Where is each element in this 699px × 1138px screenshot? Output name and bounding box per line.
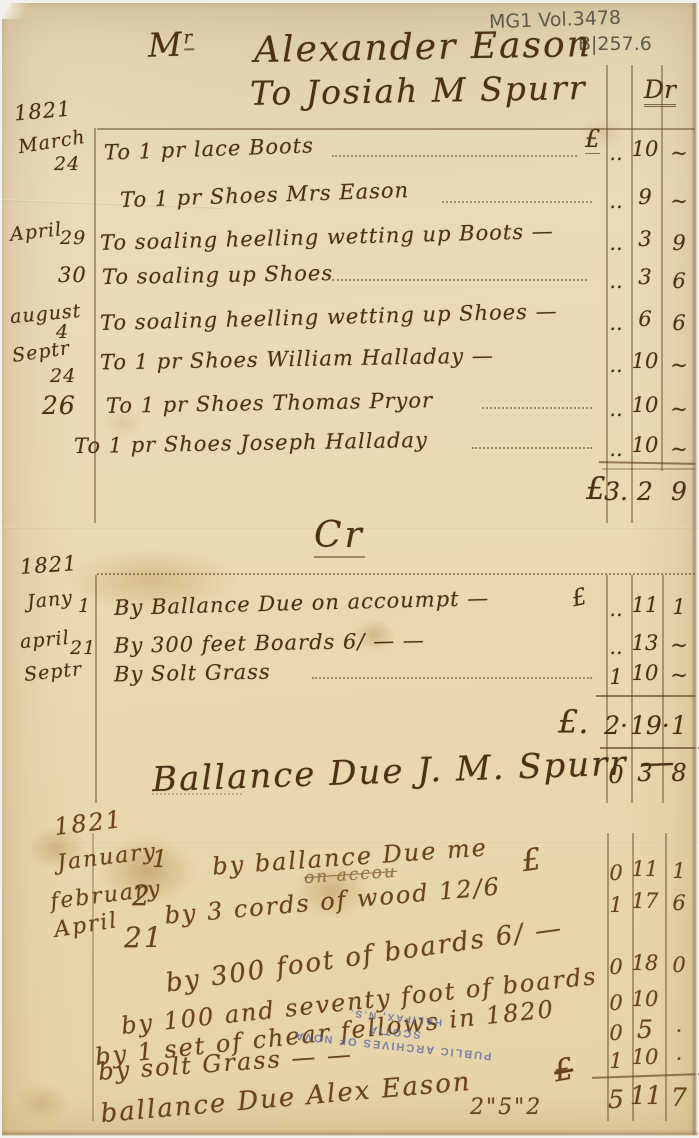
amount-pounds: ..: [603, 397, 629, 421]
entry-date: April: [9, 218, 63, 245]
amount-pounds: ..: [603, 189, 629, 213]
dotted-leader: [472, 447, 592, 449]
amount-pounds: ..: [603, 311, 629, 335]
balance-due-spurr: Ballance Due J. M. Spurr —: [151, 742, 677, 800]
amount-pounds: 1: [603, 1049, 629, 1073]
sum-rule: [599, 461, 697, 464]
credit-year: 1821: [19, 551, 78, 579]
total-currency: £.: [558, 703, 589, 741]
entry-desc: To soaling up Shoes: [102, 261, 334, 289]
amount-pounds: ..: [603, 231, 629, 255]
dotted-leader: [332, 155, 577, 157]
amount-shillings: 10: [630, 433, 660, 457]
paper-bottom-edge: [2, 1130, 698, 1136]
total-pounds: 2·: [603, 711, 629, 740]
entry-desc: To 1 pr lace Boots: [104, 133, 315, 164]
sum-rule: [596, 695, 698, 697]
dotted-leader: [442, 201, 592, 203]
entry-desc: By 300 feet Boards 6/ — —: [114, 628, 425, 657]
amount-pounds: ..: [603, 437, 629, 461]
entry-day: 29: [60, 227, 86, 249]
entry-day: 24: [54, 153, 80, 175]
entry-day: 26: [42, 391, 76, 420]
amount-pounds: ..: [603, 141, 629, 165]
amount-pounds: 0: [603, 1021, 629, 1045]
entry-date: Septr: [23, 658, 83, 686]
date-column-rule: [95, 575, 97, 803]
header-debtor-name: Alexander Eason: [254, 24, 593, 71]
fragment-rule: [152, 793, 242, 795]
amount-pounds: ..: [603, 597, 629, 621]
amount-shillings: 10: [630, 1045, 660, 1069]
paper-sheet: MG1 Vol.3478 B|257.6 Mr Alexander Eason …: [2, 3, 698, 1136]
entry-date: august: [9, 300, 82, 328]
currency-symbol: £: [569, 584, 589, 612]
amount-shillings: 10: [630, 987, 660, 1011]
scanned-ledger-page: MG1 Vol.3478 B|257.6 Mr Alexander Eason …: [0, 0, 699, 1138]
date-column-rule: [92, 833, 94, 1121]
salutation-sup: r: [183, 27, 194, 50]
entry-day: 2: [132, 879, 152, 912]
header-to-line: To Josiah M Spurr: [250, 68, 587, 113]
amount-shillings: 6: [630, 307, 660, 331]
entry-date: april: [19, 627, 70, 653]
entry-desc: To 1 pr Shoes Mrs Eason: [120, 178, 410, 212]
sum-rule: [602, 468, 697, 470]
amount-shillings: 3: [630, 227, 660, 251]
entry-day: 30: [58, 263, 87, 287]
amount-shillings: 3: [630, 265, 660, 289]
total-pounds: 3.: [603, 477, 629, 506]
entry-desc: By Solt Grass: [114, 660, 271, 687]
amount-pounds: 0: [603, 991, 629, 1015]
amount-pounds: ..: [603, 353, 629, 377]
final-balance-amount: 2"5"2: [470, 1095, 542, 1120]
entry-desc: To 1 pr Shoes Thomas Pryor: [106, 388, 433, 418]
entry-desc: By Ballance Due on accoumpt —: [114, 586, 490, 620]
entry-desc: To 1 pr Shoes William Halladay —: [100, 344, 494, 375]
dotted-leader: [482, 407, 592, 409]
amount-pounds: 0: [603, 861, 629, 885]
header-dr-abbrev: Dr: [644, 75, 676, 107]
amount-shillings: 5: [630, 1015, 660, 1044]
amount-shillings: 11: [630, 593, 660, 617]
entry-day: 21: [124, 921, 164, 954]
amount-shillings: 18: [630, 951, 660, 975]
dotted-leader: [312, 677, 592, 679]
currency-symbol: £: [551, 1052, 576, 1090]
amount-pounds: 1: [603, 665, 629, 689]
entry-day: 1: [78, 595, 91, 617]
amount-shillings: 10: [630, 393, 660, 417]
paper-corner: [2, 3, 62, 19]
entry-desc: To 1 pr Shoes Joseph Halladay: [74, 428, 428, 458]
date-column-rule: [94, 128, 96, 523]
entry-day: 21: [70, 637, 96, 659]
entry-date: Jany: [26, 587, 74, 614]
amount-shillings: 10: [630, 349, 660, 373]
amount-pounds: 1: [603, 893, 629, 917]
amount-shillings: 11: [630, 857, 660, 881]
total-shillings: 2: [630, 477, 660, 506]
entry-day: 1: [152, 845, 169, 873]
amount-pounds: 0: [603, 955, 629, 979]
amount-shillings: 10: [630, 661, 660, 685]
settlement-year: 1821: [53, 805, 125, 841]
currency-symbol: £: [520, 842, 544, 879]
amount-shillings: 17: [630, 889, 660, 913]
dotted-leader: [332, 279, 587, 281]
total-shillings: 19·: [630, 711, 660, 740]
amount-pounds: ..: [603, 269, 629, 293]
paper-right-edge: [691, 3, 698, 1136]
entry-desc: To soaling heelling wetting up Shoes —: [100, 299, 558, 335]
entry-date: Septr: [11, 337, 72, 367]
balance-shillings: 3: [630, 759, 660, 787]
amount-shillings: 13: [630, 631, 660, 655]
entry-desc: To soaling heelling wetting up Boots —: [100, 219, 554, 255]
amount-shillings: 9: [630, 185, 660, 209]
debit-year: 1821: [13, 97, 72, 126]
final-pounds: 5: [603, 1085, 629, 1114]
currency-symbol: £: [585, 125, 600, 154]
credit-heading: Cr: [314, 515, 365, 558]
amount-pounds: ..: [603, 635, 629, 659]
amount-shillings: 10: [630, 137, 660, 161]
salutation-m: M: [147, 25, 184, 65]
final-shillings: 11: [630, 1081, 660, 1110]
entry-date: January: [56, 839, 159, 876]
balance-pounds: 0: [603, 761, 629, 789]
entry-day: 24: [50, 365, 76, 387]
header-salutation: Mr: [147, 24, 195, 65]
